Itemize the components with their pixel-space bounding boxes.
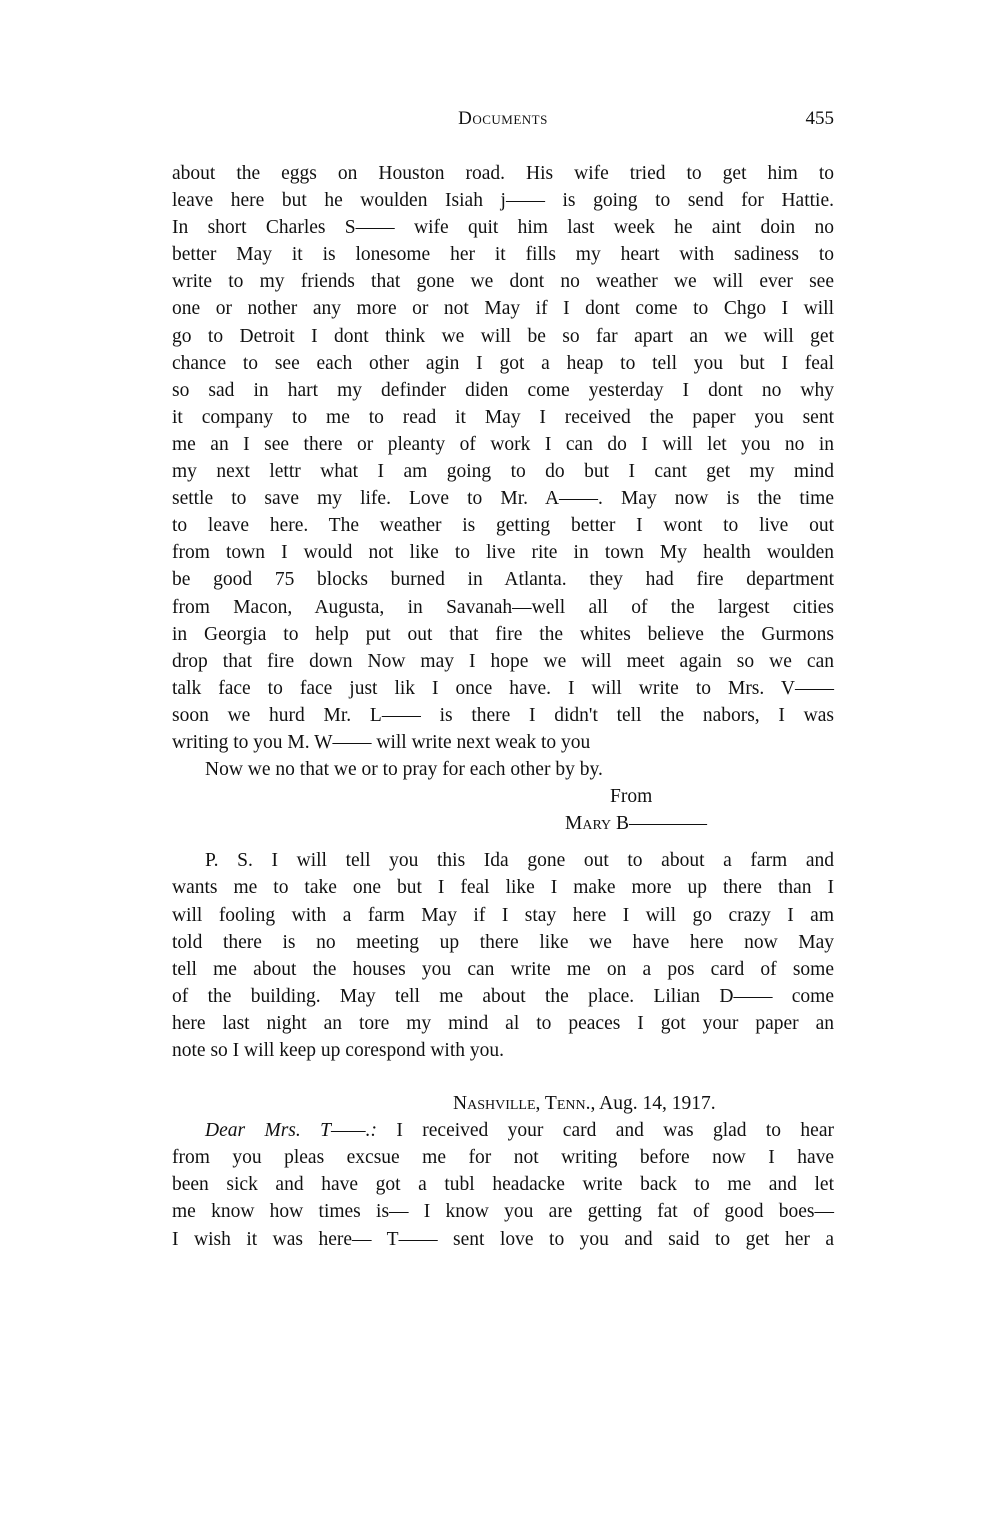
- text-line: from town I would not like to live rite …: [172, 539, 834, 566]
- text-line: me an I see there or pleanty of work I c…: [172, 431, 834, 458]
- dateline-place: Nashville, Tenn.,: [453, 1093, 595, 1114]
- dateline-date: Aug. 14, 1917.: [599, 1093, 715, 1114]
- text-line: leave here but he woulden Isiah j—— is g…: [172, 187, 834, 214]
- page-number: 455: [806, 108, 835, 130]
- spacer: [172, 1064, 834, 1090]
- text-line: here last night an tore my mind al to pe…: [172, 1010, 834, 1037]
- text-span: I received your card and was glad to hea…: [396, 1120, 834, 1141]
- closing-line: Now we no that we or to pray for each ot…: [172, 756, 834, 783]
- text-line: one or nother any more or not May if I d…: [172, 295, 834, 322]
- text-line: been sick and have got a tubl headacke w…: [172, 1171, 834, 1198]
- text-line: so sad in hart my definder diden come ye…: [172, 377, 834, 404]
- text-line: chance to see each other agin I got a he…: [172, 350, 834, 377]
- text-line: go to Detroit I dont think we will be so…: [172, 323, 834, 350]
- text-line: wants me to take one but I feal like I m…: [172, 874, 834, 901]
- document-body: about the eggs on Houston road. His wife…: [172, 160, 834, 1253]
- letter-1: about the eggs on Houston road. His wife…: [172, 160, 834, 1064]
- text-line: I wish it was here— T—— sent love to you…: [172, 1226, 834, 1253]
- text-line: me know how times is— I know you are get…: [172, 1198, 834, 1225]
- spacer: [172, 837, 834, 847]
- text-line: drop that fire down Now may I hope we wi…: [172, 648, 834, 675]
- page-header: Documents 455: [172, 108, 834, 134]
- text-line: writing to you M. W—— will write next we…: [172, 729, 834, 756]
- text-line: talk face to face just lik I once have. …: [172, 675, 834, 702]
- dateline: Nashville, Tenn., Aug. 14, 1917.: [172, 1090, 834, 1117]
- text-line: my next lettr what I am going to do but …: [172, 458, 834, 485]
- salutation-line: Dear Mrs. T——.: I received your card and…: [172, 1117, 834, 1144]
- text-line: In short Charles S—— wife quit him last …: [172, 214, 834, 241]
- letter-2: Nashville, Tenn., Aug. 14, 1917. Dear Mr…: [172, 1090, 834, 1253]
- from-label: From: [172, 783, 834, 810]
- text-line: be good 75 blocks burned in Atlanta. the…: [172, 566, 834, 593]
- postscript: P. S. I will tell you this Ida gone out …: [172, 847, 834, 1064]
- text-line: write to my friends that gone we dont no…: [172, 268, 834, 295]
- text-line: of the building. May tell me about the p…: [172, 983, 834, 1010]
- text-line: P. S. I will tell you this Ida gone out …: [172, 847, 834, 874]
- salutation: Dear Mrs. T——.:: [205, 1120, 377, 1141]
- signature: Mary B————: [172, 810, 834, 837]
- text-line: will fooling with a farm May if I stay h…: [172, 902, 834, 929]
- text-line: soon we hurd Mr. L—— is there I didn't t…: [172, 702, 834, 729]
- text-line: to leave here. The weather is getting be…: [172, 512, 834, 539]
- text-line: better May it is lonesome her it fills m…: [172, 241, 834, 268]
- text-line: it company to me to read it May I receiv…: [172, 404, 834, 431]
- running-title: Documents: [172, 108, 834, 130]
- text-line: in Georgia to help put out that fire the…: [172, 621, 834, 648]
- text-line: settle to save my life. Love to Mr. A——.…: [172, 485, 834, 512]
- text-line: from you pleas excsue me for not writing…: [172, 1144, 834, 1171]
- text-line: from Macon, Augusta, in Savanah—well all…: [172, 594, 834, 621]
- text-line: tell me about the houses you can write m…: [172, 956, 834, 983]
- text-line: about the eggs on Houston road. His wife…: [172, 160, 834, 187]
- text-line: note so I will keep up corespond with yo…: [172, 1037, 834, 1064]
- text-line: told there is no meeting up there like w…: [172, 929, 834, 956]
